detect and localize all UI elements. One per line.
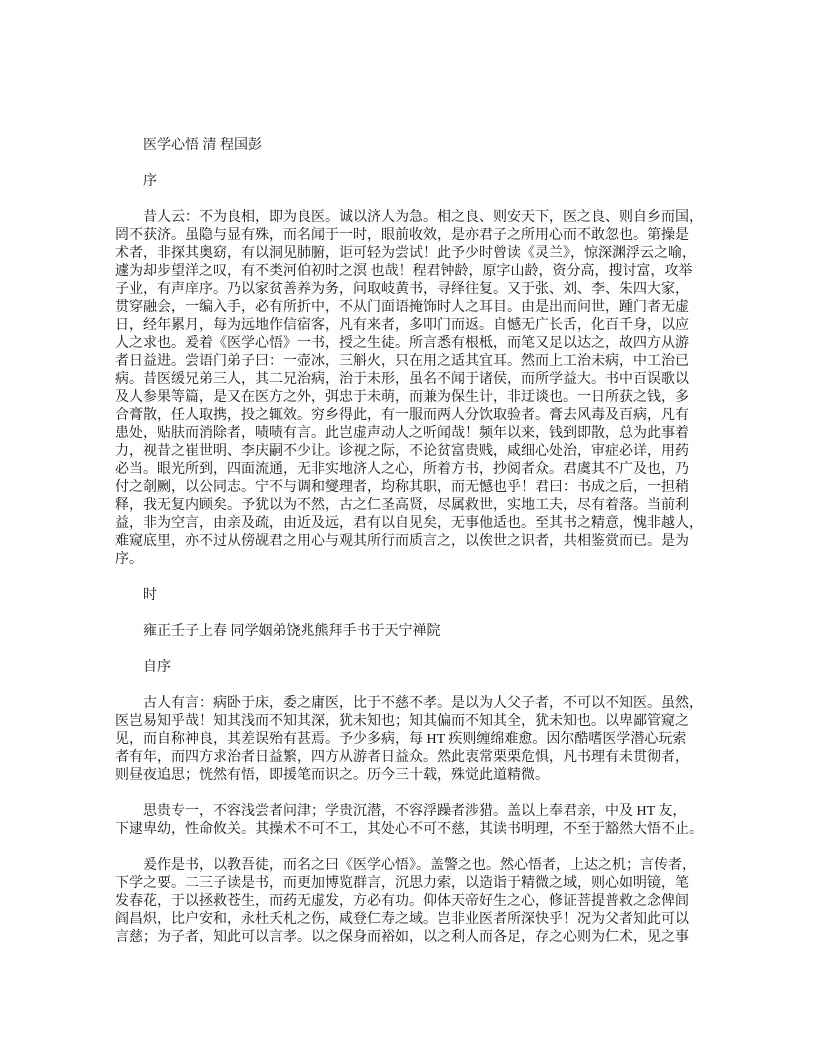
heading-self-preface: 自序: [115, 659, 711, 677]
text-line: 自序: [115, 659, 711, 677]
text-line: 思贵专一，不容浅尝者问津；学贵沉潜，不容浮躁者涉猎。盖以上奉君亲，中及 HT 友…: [115, 803, 711, 821]
text-line: 古人有言：病卧于床，委之庸医，比于不慈不孝。是以为人父子者，不可以不知医。虽然，: [115, 695, 711, 713]
text-line: 则昼夜追思；恍然有悟，即援笔而识之。历今三十载，殊觉此道精微。: [115, 767, 711, 785]
text-line: 昔人云：不为良相，即为良医。诚以济人为急。相之良、则安天下，医之良、则自乡而国，: [115, 209, 711, 227]
text-line: 付之剞劂，以公同志。宁不与调和燮理者，均称其职，而无憾也乎！君曰：书成之后，一担…: [115, 479, 711, 497]
text-line: 时: [115, 587, 711, 605]
text-line: 雍正壬子上春 同学姻弟饶兆熊拜手书于天宁禅院: [115, 623, 711, 641]
self-preface-paragraph-2: 思贵专一，不容浅尝者问津；学贵沉潜，不容浮躁者涉猎。盖以上奉君亲，中及 HT 友…: [115, 803, 711, 839]
text-line: 医岂易知乎哉！知其浅而不知其深，犹未知也；知其偏而不知其全，犹未知也。以卑鄙管窥…: [115, 713, 711, 731]
text-line: 术者，非探其奥窈，有以洞见肺腑，讵可轻为尝试！此予少时曾读《灵兰》，惊深渊浮云之…: [115, 245, 711, 263]
text-line: 及人参果等篇，是又在医方之外，弭忠于未萌，而兼为保生计，非迂谈也。一日所获之钱，…: [115, 389, 711, 407]
dateline-signature: 雍正壬子上春 同学姻弟饶兆熊拜手书于天宁禅院: [115, 623, 711, 641]
text-line: 言慈；为子者，知此可以言孝。以之保身而裕如，以之利人而各足，存之心则为仁术，见之…: [115, 929, 711, 947]
text-line: 发春花，于以拯救苍生，而药无虚发，方必有功。仰体天帝好生之心，修证菩提普救之念俾…: [115, 893, 711, 911]
text-line: 力，视昔之崔世明、李庆嗣不少让。诊视之际，不论贫富贵贱，咸细心处治，审症必详，用…: [115, 443, 711, 461]
document-body: 医学心悟 清 程国彭序昔人云：不为良相，即为良医。诚以济人为急。相之良、则安天下…: [115, 137, 711, 947]
text-line: 医学心悟 清 程国彭: [115, 137, 711, 155]
text-line: 见，而自称神良，其差误殆有甚焉。予少多病，每 HT 疾则缠绵难愈。因尔酷嗜医学潜…: [115, 731, 711, 749]
heading-time: 时: [115, 587, 711, 605]
text-line: 日，经年累月，每为远地作信宿客，凡有来者，多叩门而返。自憾无广长舌，化百千身，以…: [115, 317, 711, 335]
text-line: 序。: [115, 551, 711, 569]
text-line: 人之求也。爰着《医学心悟》一书，授之生徒。所言悉有根柢，而笔又足以达之，故四方从…: [115, 335, 711, 353]
text-line: 子业，有声庠序。乃以家贫善养为务，问取岐黄书，寻绎往复。又于张、刘、李、朱四大家…: [115, 281, 711, 299]
self-preface-paragraph-1: 古人有言：病卧于床，委之庸医，比于不慈不孝。是以为人父子者，不可以不知医。虽然，…: [115, 695, 711, 785]
book-title-line: 医学心悟 清 程国彭: [115, 137, 711, 155]
text-line: 下学之要。二三子读是书，而更加博览群言，沉思力索，以造诣于精微之域，则心如明镜，…: [115, 875, 711, 893]
text-line: 释，我无复内顾矣。予犹以为不然，古之仁圣高贤，尽属救世，实地工夫，尽有着落。当前…: [115, 497, 711, 515]
text-line: 罔不获济。虽隐与显有殊，而名闻于一时，眼前收效，是亦君子之所用心而不敢忽也。第操…: [115, 227, 711, 245]
text-line: 者有年，而四方求治者日益繁，四方从游者日益众。然此衷常栗栗危惧，凡书理有未贯彻者…: [115, 749, 711, 767]
text-line: 益，非为空言，由亲及疏，由近及远，君有以自见矣，无事他适也。至其书之精意，愧非越…: [115, 515, 711, 533]
text-line: 遽为却步望洋之叹，有不类河伯初时之溟 也哉！程君钟龄，原字山龄，资分高，搜讨富，…: [115, 263, 711, 281]
text-line: 难窥底里，亦不过从傍觇君之用心与观其所行而质言之，以俟世之识者，共相鉴赏而已。是…: [115, 533, 711, 551]
document-page: 医学心悟 清 程国彭序昔人云：不为良相，即为良医。诚以济人为急。相之良、则安天下…: [0, 0, 816, 1056]
preface-paragraph: 昔人云：不为良相，即为良医。诚以济人为急。相之良、则安天下，医之良、则自乡而国，…: [115, 209, 711, 569]
heading-preface: 序: [115, 173, 711, 191]
text-line: 必当。眼光所到，四面流通，无非实地济人之心，所着方书，抄阅者众。君虞其不广及也，…: [115, 461, 711, 479]
self-preface-paragraph-3: 爰作是书，以教吾徒，而名之曰《医学心悟》。盖警之也。然心悟者，上达之机；言传者，…: [115, 857, 711, 947]
text-line: 者日益进。尝语门弟子曰：一壶冰，三斛火，只在用之适其宜耳。然而上工治未病，中工治…: [115, 353, 711, 371]
text-line: 患处，贴肤而消除者，啧啧有言。此岂虚声动人之听闻哉！频年以来，钱到即散，总为此事…: [115, 425, 711, 443]
text-line: 贯穿融会，一编入手，必有所折中，不从门面语掩饰时人之耳目。由是出而问世，踵门者无…: [115, 299, 711, 317]
text-line: 病。昔医缓兄弟三人，其二兄治病，治于未形，虽名不闻于诸侯，而所学益大。书中百误歌…: [115, 371, 711, 389]
text-line: 阎昌炽，比户安和，永杜夭札之伤，咸登仁寿之域。岂非业医者所深快乎！况为父者知此可…: [115, 911, 711, 929]
text-line: 下逮卑幼，性命攸关。其操术不可不工，其处心不可不慈，其读书明理，不至于豁然大悟不…: [115, 821, 711, 839]
text-line: 序: [115, 173, 711, 191]
text-line: 爰作是书，以教吾徒，而名之曰《医学心悟》。盖警之也。然心悟者，上达之机；言传者，: [115, 857, 711, 875]
text-line: 合膏散，任人取携，投之辄效。穷乡得此，有一服而两人分饮取验者。膏去风毒及百病，凡…: [115, 407, 711, 425]
